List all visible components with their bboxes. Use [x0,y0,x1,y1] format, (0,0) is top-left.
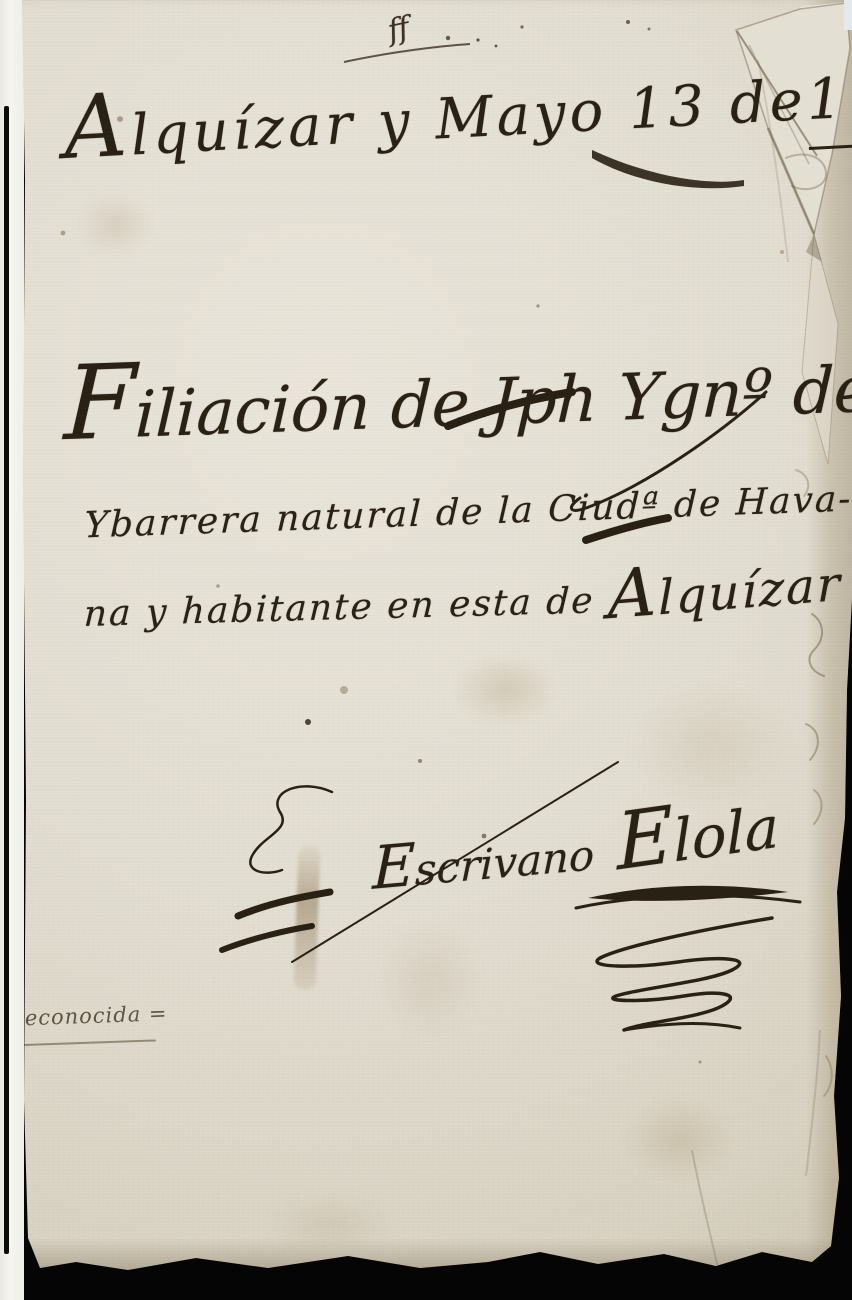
manuscript-page: ff Alquízar y Mayo 13 de 1767 – Filiació… [0,0,852,1300]
scanner-edge-line [4,106,9,1254]
scanner-corner-sliver [844,0,852,30]
scanned-manuscript: ff Alquízar y Mayo 13 de 1767 – Filiació… [0,0,852,1300]
torn-bottom-edge [0,1238,852,1272]
dateline-year: 1767 [805,60,852,150]
paper-texture [0,0,852,1300]
torn-right-edge [806,0,852,1300]
